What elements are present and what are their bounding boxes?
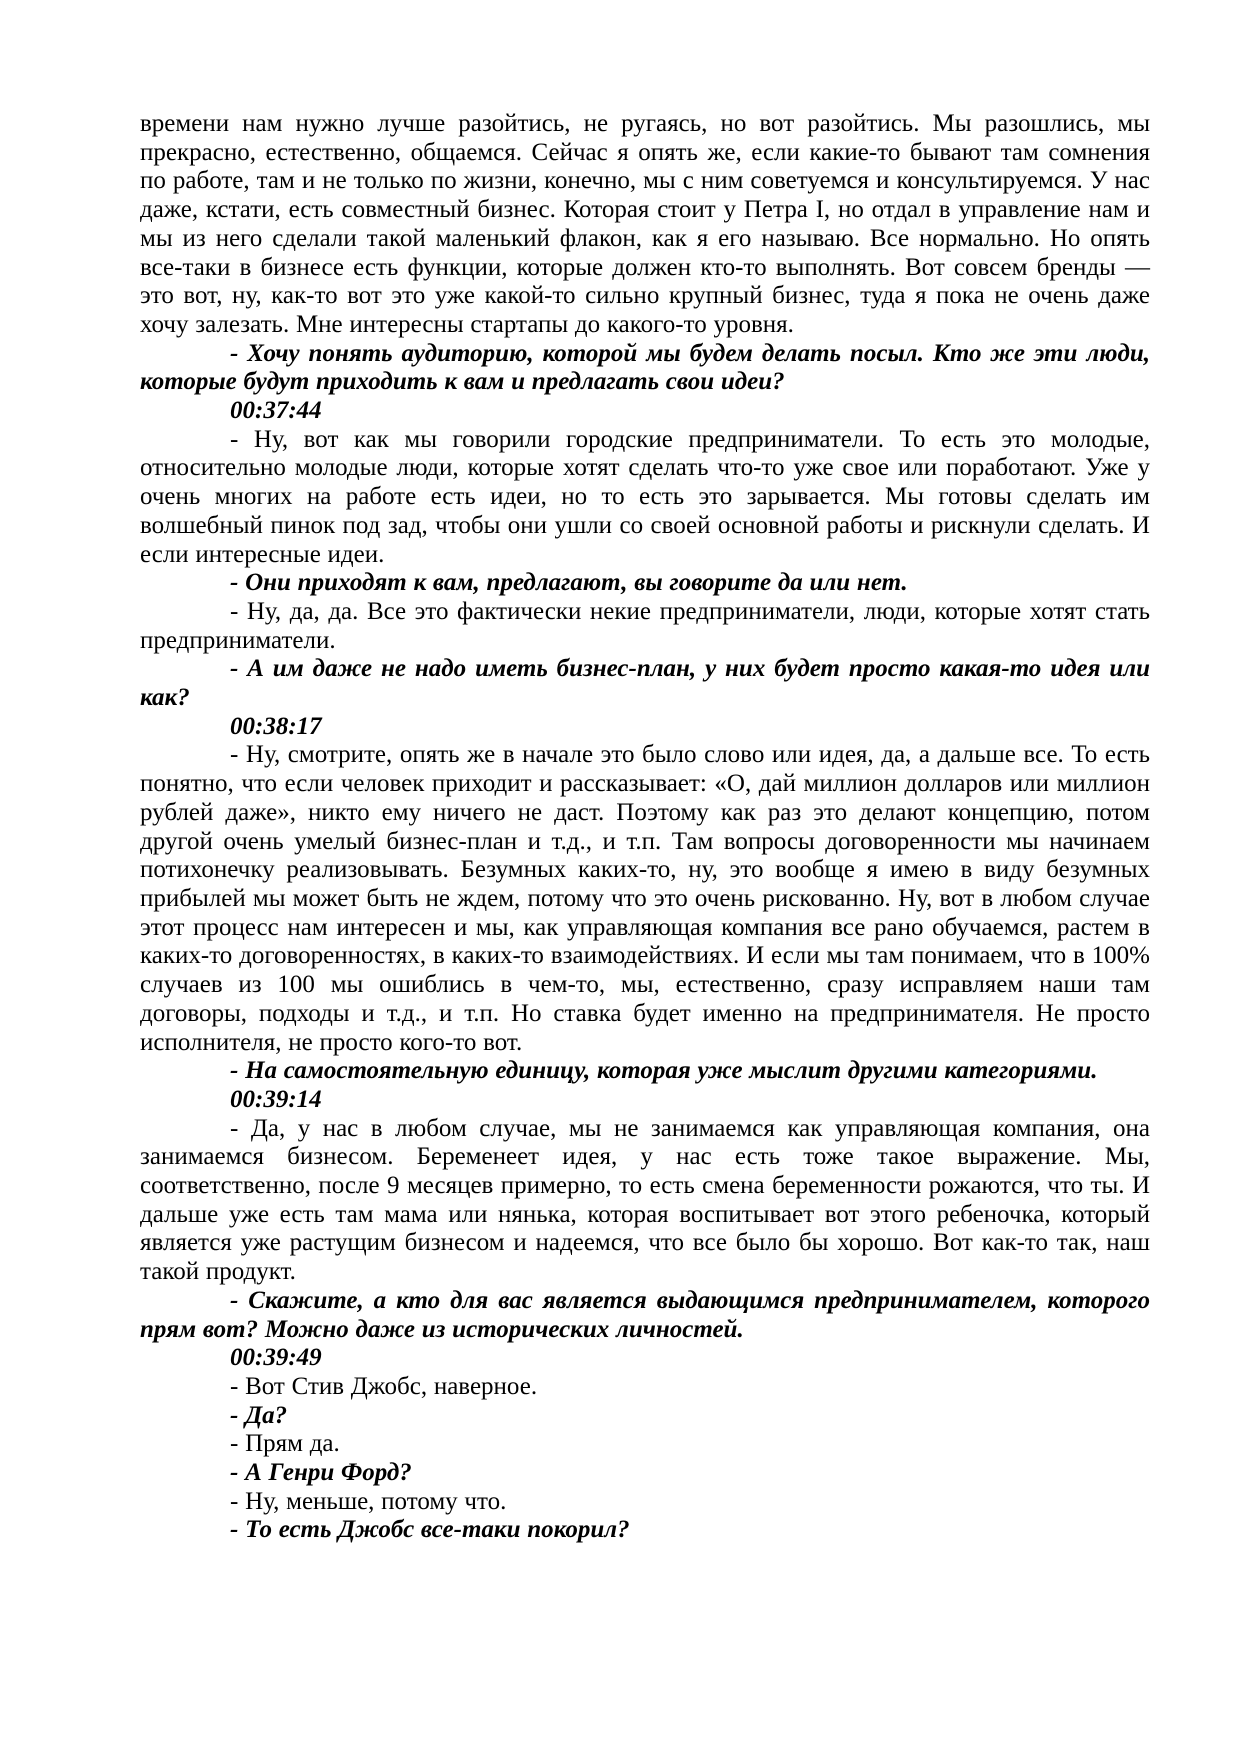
document-page: времени нам нужно лучше разойтись, не ру… bbox=[0, 0, 1240, 1754]
answer-paragraph: - Прям да. bbox=[140, 1430, 1150, 1459]
interviewer-question: - А Генри Форд? bbox=[140, 1459, 1150, 1488]
answer-paragraph: - Ну, да, да. Все это фактически некие п… bbox=[140, 598, 1150, 655]
timestamp: 00:39:49 bbox=[140, 1344, 1150, 1373]
interviewer-question: - Хочу понять аудиторию, которой мы буде… bbox=[140, 340, 1150, 397]
interviewer-question: - Да? bbox=[140, 1402, 1150, 1431]
timestamp: 00:37:44 bbox=[140, 397, 1150, 426]
interviewer-question: - На самостоятельную единицу, которая уж… bbox=[140, 1057, 1150, 1086]
answer-paragraph: - Ну, вот как мы говорили городские пред… bbox=[140, 426, 1150, 570]
answer-paragraph: - Ну, смотрите, опять же в начале это бы… bbox=[140, 741, 1150, 1057]
timestamp: 00:39:14 bbox=[140, 1086, 1150, 1115]
interviewer-question: - Они приходят к вам, предлагают, вы гов… bbox=[140, 569, 1150, 598]
interviewer-question: - То есть Джобс все-таки покорил? bbox=[140, 1516, 1150, 1545]
answer-paragraph: - Вот Стив Джобс, наверное. bbox=[140, 1373, 1150, 1402]
answer-paragraph: - Ну, меньше, потому что. bbox=[140, 1488, 1150, 1517]
answer-paragraph: - Да, у нас в любом случае, мы не занима… bbox=[140, 1115, 1150, 1287]
answer-paragraph-continued: времени нам нужно лучше разойтись, не ру… bbox=[140, 110, 1150, 340]
interviewer-question: - Скажите, а кто для вас является выдающ… bbox=[140, 1287, 1150, 1344]
interviewer-question: - А им даже не надо иметь бизнес-план, у… bbox=[140, 655, 1150, 712]
timestamp: 00:38:17 bbox=[140, 713, 1150, 742]
